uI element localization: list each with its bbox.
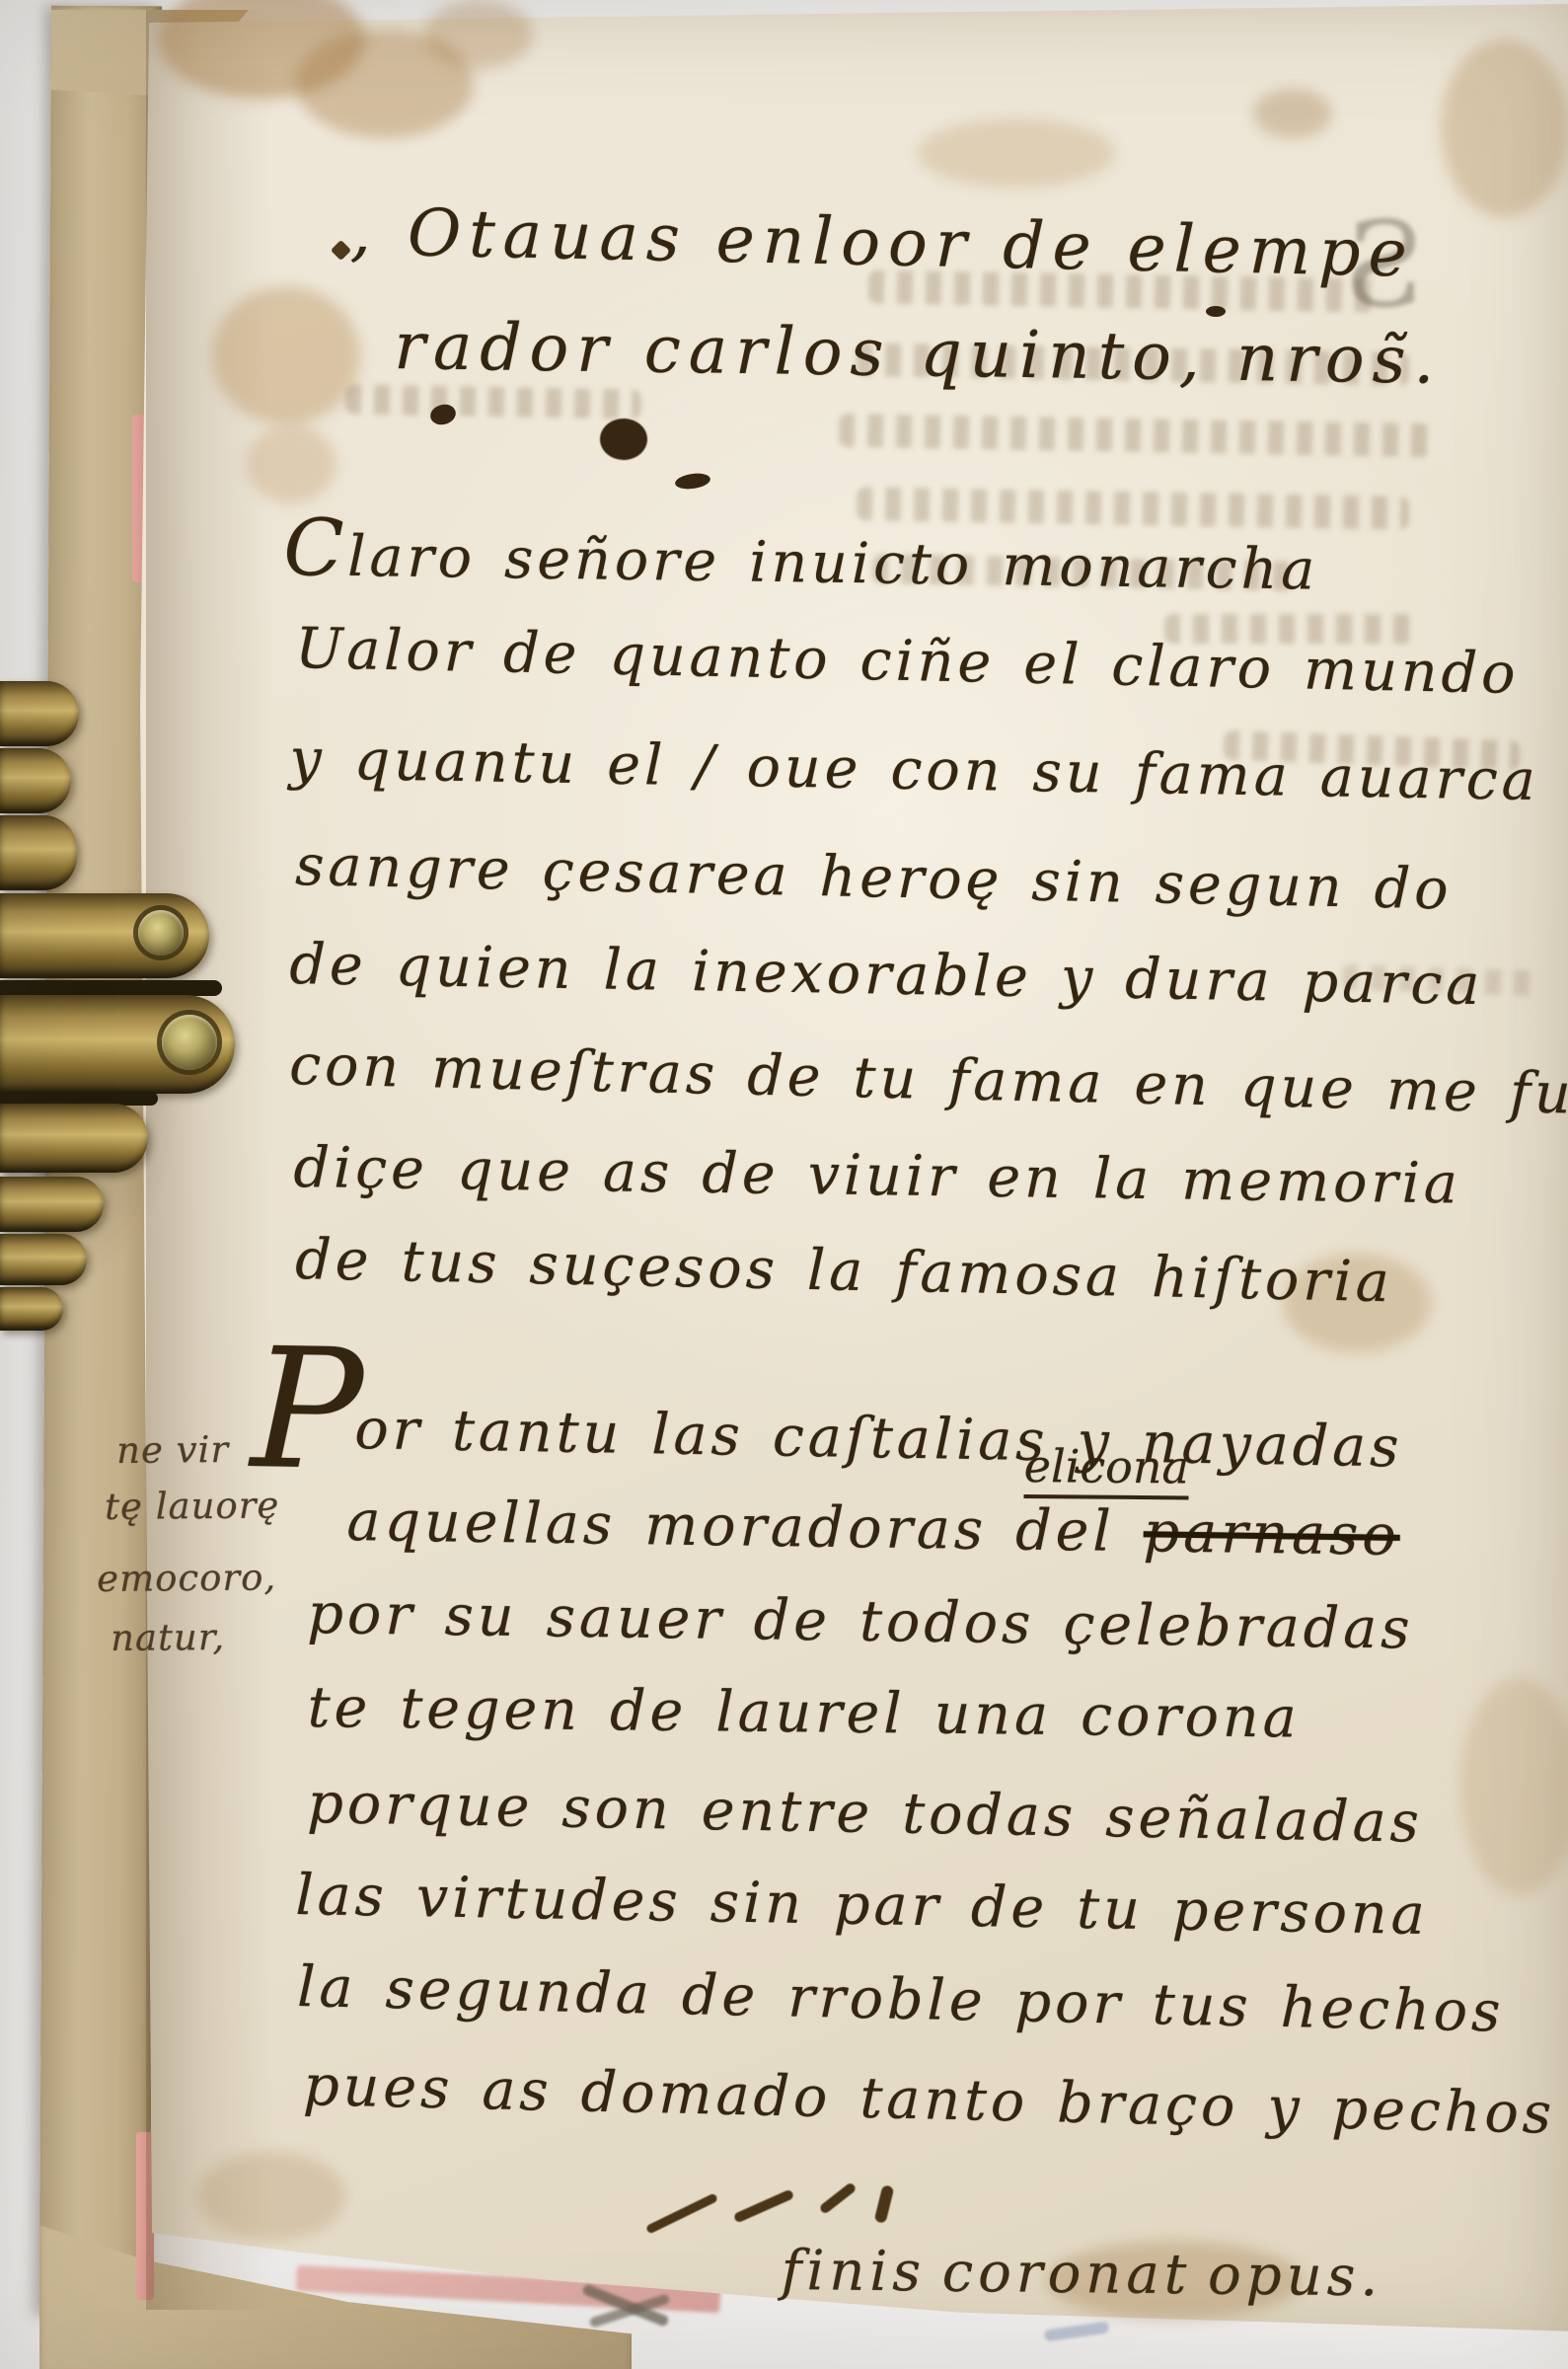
foxing-stain — [212, 286, 360, 424]
foxing-stain — [247, 424, 336, 503]
verse-line: Claro señore inuicto monarcha — [283, 501, 1319, 608]
clasp-rivet — [138, 910, 184, 955]
foxing-stain — [1441, 39, 1568, 217]
clasp-leaf — [0, 1234, 87, 1285]
foxing-stain — [1460, 1678, 1568, 1895]
ink-blot — [600, 419, 647, 460]
corrected-line-pre: aquellas moradoras del — [346, 1489, 1115, 1565]
clasp-finger — [0, 1104, 148, 1173]
colophon: finis coronat opus. — [781, 2239, 1382, 2309]
ink-blot — [1206, 306, 1226, 317]
clasp-gap — [0, 980, 222, 996]
clasp-leaf — [0, 681, 79, 746]
clasp-leaf — [0, 815, 77, 890]
foxing-stain — [424, 0, 533, 69]
verse-line: te tegen de laurel una corona — [307, 1675, 1301, 1751]
stanza-2-initial: P — [250, 1335, 364, 1486]
foxing-stain — [918, 118, 1115, 188]
margin-note-line: emocoro, — [97, 1556, 276, 1600]
pen-mark-blue — [1043, 2321, 1109, 2341]
manuscript-photo: S , Otauas enloor de elempe rador carlos… — [0, 0, 1568, 2369]
margin-note-line: tę lauorę — [105, 1484, 279, 1528]
clasp-leaf — [0, 1287, 63, 1331]
inserted-word: elicona — [1023, 1439, 1189, 1499]
clasp-rivet — [162, 1015, 217, 1070]
foxing-stain — [1253, 89, 1332, 138]
strikethrough-word: parnaso — [1143, 1499, 1400, 1568]
foxing-stain — [197, 2152, 345, 2241]
ghost-text-line — [345, 384, 641, 419]
clasp-leaf — [0, 1177, 104, 1232]
margin-note-line: natur, — [111, 1616, 225, 1659]
clasp-leaf — [0, 748, 71, 813]
margin-note-line: ne vir — [116, 1428, 229, 1472]
title-line-2: rador carlos quinto, nros̃. — [394, 308, 1443, 399]
